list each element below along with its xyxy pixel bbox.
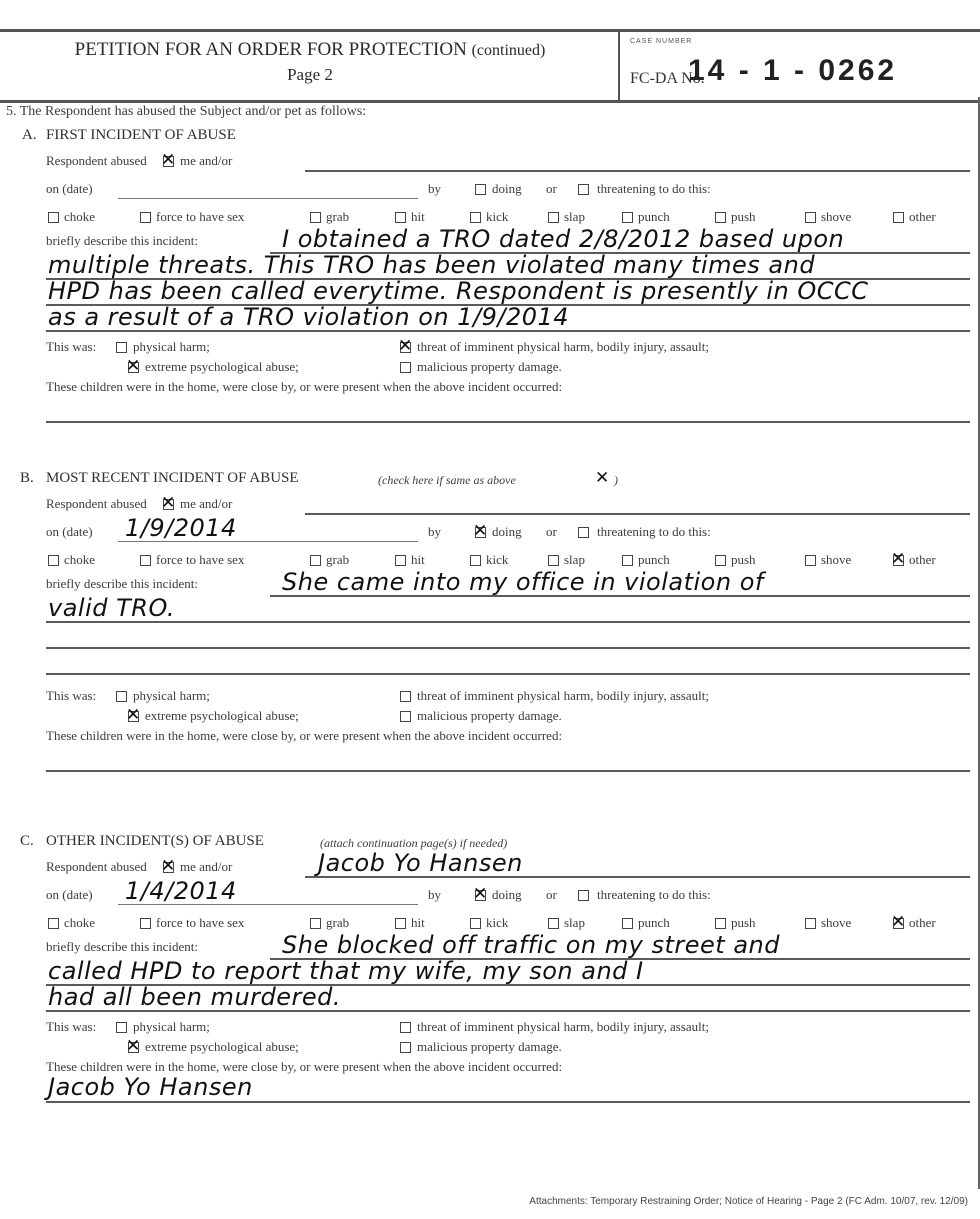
- description-line: [46, 621, 970, 623]
- description-text[interactable]: had all been murdered.: [48, 983, 341, 1011]
- action-label: hit: [411, 552, 425, 568]
- or-label: or: [546, 887, 557, 903]
- action-label: choke: [64, 552, 95, 568]
- this-was-label: This was:: [46, 339, 96, 355]
- date-field[interactable]: 1/4/2014: [125, 877, 237, 905]
- date-field[interactable]: 1/9/2014: [125, 514, 237, 542]
- description-text[interactable]: valid TRO.: [48, 594, 175, 622]
- respondent-abused-label: Respondent abused: [46, 859, 147, 875]
- by-label: by: [428, 181, 441, 197]
- action-checkbox-slap[interactable]: [548, 555, 559, 566]
- action-checkbox-shove[interactable]: [805, 555, 816, 566]
- action-label: grab: [326, 209, 349, 225]
- action-checkbox-slap[interactable]: [548, 918, 559, 929]
- physical-harm-checkbox[interactable]: [116, 342, 127, 353]
- date-label: on (date): [46, 524, 93, 540]
- doing-checkbox[interactable]: [475, 527, 486, 538]
- me-checkbox[interactable]: [163, 499, 174, 510]
- children-field[interactable]: Jacob Yo Hansen: [48, 1073, 253, 1101]
- date-label: on (date): [46, 887, 93, 903]
- same-as-above-checkbox[interactable]: [598, 475, 609, 486]
- action-label: punch: [638, 209, 670, 225]
- action-label: other: [909, 209, 936, 225]
- psych-abuse-label: extreme psychological abuse;: [145, 359, 299, 375]
- psych-abuse-checkbox[interactable]: [128, 711, 139, 722]
- physical-harm-label: physical harm;: [133, 688, 210, 704]
- property-damage-checkbox[interactable]: [400, 711, 411, 722]
- section-note-end: ): [614, 473, 618, 488]
- action-checkbox-push[interactable]: [715, 212, 726, 223]
- doing-checkbox[interactable]: [475, 184, 486, 195]
- action-label: shove: [821, 552, 851, 568]
- children-label: These children were in the home, were cl…: [46, 379, 562, 395]
- andor-name-line: [305, 170, 970, 172]
- by-label: by: [428, 524, 441, 540]
- action-label: kick: [486, 552, 508, 568]
- action-label: kick: [486, 915, 508, 931]
- andor-name-line: [305, 513, 970, 515]
- doing-label: doing: [492, 524, 522, 540]
- action-checkbox-force-to-have-sex[interactable]: [140, 212, 151, 223]
- this-was-label: This was:: [46, 688, 96, 704]
- property-damage-checkbox[interactable]: [400, 362, 411, 373]
- section-divider: [46, 770, 970, 772]
- action-checkbox-punch[interactable]: [622, 555, 633, 566]
- petition-page: PETITION FOR AN ORDER FOR PROTECTION (co…: [0, 0, 980, 1219]
- action-checkbox-force-to-have-sex[interactable]: [140, 555, 151, 566]
- threatening-checkbox[interactable]: [578, 184, 589, 195]
- action-label: push: [731, 915, 756, 931]
- property-damage-label: malicious property damage.: [417, 1039, 562, 1055]
- psych-abuse-checkbox[interactable]: [128, 1042, 139, 1053]
- action-label: shove: [821, 209, 851, 225]
- doing-label: doing: [492, 887, 522, 903]
- action-label: slap: [564, 552, 585, 568]
- action-label: hit: [411, 915, 425, 931]
- action-checkbox-choke[interactable]: [48, 212, 59, 223]
- section-note: (check here if same as above: [378, 473, 516, 488]
- action-label: other: [909, 915, 936, 931]
- action-checkbox-grab[interactable]: [310, 918, 321, 929]
- date-label: on (date): [46, 181, 93, 197]
- physical-harm-checkbox[interactable]: [116, 1022, 127, 1033]
- case-number-value: 14 - 1 - 0262: [688, 54, 897, 88]
- action-checkbox-choke[interactable]: [48, 918, 59, 929]
- section-intro: 5. The Respondent has abused the Subject…: [6, 104, 366, 120]
- action-checkbox-push[interactable]: [715, 918, 726, 929]
- doing-label: doing: [492, 181, 522, 197]
- me-checkbox[interactable]: [163, 156, 174, 167]
- action-checkbox-shove[interactable]: [805, 212, 816, 223]
- threatening-label: threatening to do this:: [597, 181, 711, 197]
- section-title: OTHER INCIDENT(S) OF ABUSE: [46, 833, 264, 850]
- action-checkbox-force-to-have-sex[interactable]: [140, 918, 151, 929]
- description-line: [46, 647, 970, 649]
- threatening-checkbox[interactable]: [578, 890, 589, 901]
- threat-harm-label: threat of imminent physical harm, bodily…: [417, 1019, 709, 1035]
- action-label: force to have sex: [156, 552, 244, 568]
- property-damage-label: malicious property damage.: [417, 359, 562, 375]
- by-label: by: [428, 887, 441, 903]
- action-checkbox-hit[interactable]: [395, 212, 406, 223]
- section-title: MOST RECENT INCIDENT OF ABUSE: [46, 470, 299, 487]
- section-letter: A.: [22, 127, 37, 144]
- or-label: or: [546, 524, 557, 540]
- action-checkbox-grab[interactable]: [310, 555, 321, 566]
- respondent-abused-label: Respondent abused: [46, 496, 147, 512]
- action-label: choke: [64, 915, 95, 931]
- description-text[interactable]: as a result of a TRO violation on 1/9/20…: [48, 303, 569, 331]
- psych-abuse-label: extreme psychological abuse;: [145, 708, 299, 724]
- action-label: grab: [326, 915, 349, 931]
- action-label: hit: [411, 209, 425, 225]
- action-label: shove: [821, 915, 851, 931]
- form-header: PETITION FOR AN ORDER FOR PROTECTION (co…: [0, 29, 980, 103]
- action-checkbox-punch[interactable]: [622, 212, 633, 223]
- action-checkbox-kick[interactable]: [470, 555, 481, 566]
- action-label: slap: [564, 915, 585, 931]
- threat-harm-label: threat of imminent physical harm, bodily…: [417, 688, 709, 704]
- action-checkbox-grab[interactable]: [310, 212, 321, 223]
- section-letter: B.: [20, 470, 34, 487]
- action-label: kick: [486, 209, 508, 225]
- action-checkbox-hit[interactable]: [395, 918, 406, 929]
- respondent-abused-label: Respondent abused: [46, 153, 147, 169]
- description-text[interactable]: multiple threats. This TRO has been viol…: [48, 251, 815, 279]
- action-label: grab: [326, 552, 349, 568]
- action-checkbox-kick[interactable]: [470, 918, 481, 929]
- this-was-label: This was:: [46, 1019, 96, 1035]
- action-label: push: [731, 209, 756, 225]
- case-number-label: CASE NUMBER: [630, 38, 692, 45]
- property-damage-checkbox[interactable]: [400, 1042, 411, 1053]
- footer-attachments: Attachments: Temporary Restraining Order…: [529, 1196, 968, 1207]
- threat-harm-checkbox[interactable]: [400, 691, 411, 702]
- threatening-label: threatening to do this:: [597, 524, 711, 540]
- doing-checkbox[interactable]: [475, 890, 486, 901]
- section-divider: [46, 421, 970, 423]
- action-label: punch: [638, 915, 670, 931]
- section-divider: [46, 1101, 970, 1103]
- section-letter: C.: [20, 833, 34, 850]
- me-andor-label: me and/or: [180, 496, 232, 512]
- physical-harm-label: physical harm;: [133, 1019, 210, 1035]
- action-checkbox-hit[interactable]: [395, 555, 406, 566]
- title-suffix: (continued): [472, 42, 546, 59]
- action-label: push: [731, 552, 756, 568]
- threat-harm-label: threat of imminent physical harm, bodily…: [417, 339, 709, 355]
- action-checkbox-other[interactable]: [893, 555, 904, 566]
- page-label: Page 2: [0, 63, 620, 87]
- action-label: other: [909, 552, 936, 568]
- action-label: punch: [638, 552, 670, 568]
- threat-harm-checkbox[interactable]: [400, 342, 411, 353]
- me-andor-label: me and/or: [180, 153, 232, 169]
- action-checkbox-slap[interactable]: [548, 212, 559, 223]
- description-text[interactable]: called HPD to report that my wife, my so…: [48, 957, 644, 985]
- psych-abuse-checkbox[interactable]: [128, 362, 139, 373]
- action-checkbox-shove[interactable]: [805, 918, 816, 929]
- me-checkbox[interactable]: [163, 862, 174, 873]
- action-checkbox-other[interactable]: [893, 212, 904, 223]
- case-number-box: CASE NUMBER FC-DA No. 14 - 1 - 0262: [618, 32, 980, 100]
- action-checkbox-choke[interactable]: [48, 555, 59, 566]
- description-text[interactable]: She came into my office in violation of: [282, 568, 764, 596]
- description-text[interactable]: I obtained a TRO dated 2/8/2012 based up…: [282, 225, 844, 253]
- or-label: or: [546, 181, 557, 197]
- physical-harm-label: physical harm;: [133, 339, 210, 355]
- section-title: FIRST INCIDENT OF ABUSE: [46, 127, 236, 144]
- action-label: force to have sex: [156, 209, 244, 225]
- me-andor-label: me and/or: [180, 859, 232, 875]
- action-checkbox-other[interactable]: [893, 918, 904, 929]
- physical-harm-checkbox[interactable]: [116, 691, 127, 702]
- action-label: force to have sex: [156, 915, 244, 931]
- action-checkbox-punch[interactable]: [622, 918, 633, 929]
- action-label: slap: [564, 209, 585, 225]
- threatening-checkbox[interactable]: [578, 527, 589, 538]
- form-title: PETITION FOR AN ORDER FOR PROTECTION (co…: [0, 32, 620, 100]
- description-line: [46, 673, 970, 675]
- children-label: These children were in the home, were cl…: [46, 728, 562, 744]
- describe-label: briefly describe this incident:: [46, 233, 198, 249]
- description-text[interactable]: She blocked off traffic on my street and: [282, 931, 780, 959]
- property-damage-label: malicious property damage.: [417, 708, 562, 724]
- threat-harm-checkbox[interactable]: [400, 1022, 411, 1033]
- description-text[interactable]: HPD has been called everytime. Responden…: [48, 277, 869, 305]
- title-text: PETITION FOR AN ORDER FOR PROTECTION: [75, 39, 467, 60]
- describe-label: briefly describe this incident:: [46, 576, 198, 592]
- action-checkbox-push[interactable]: [715, 555, 726, 566]
- describe-label: briefly describe this incident:: [46, 939, 198, 955]
- action-checkbox-kick[interactable]: [470, 212, 481, 223]
- threatening-label: threatening to do this:: [597, 887, 711, 903]
- andor-name-field[interactable]: Jacob Yo Hansen: [318, 849, 523, 877]
- date-line: [118, 198, 418, 199]
- action-label: choke: [64, 209, 95, 225]
- psych-abuse-label: extreme psychological abuse;: [145, 1039, 299, 1055]
